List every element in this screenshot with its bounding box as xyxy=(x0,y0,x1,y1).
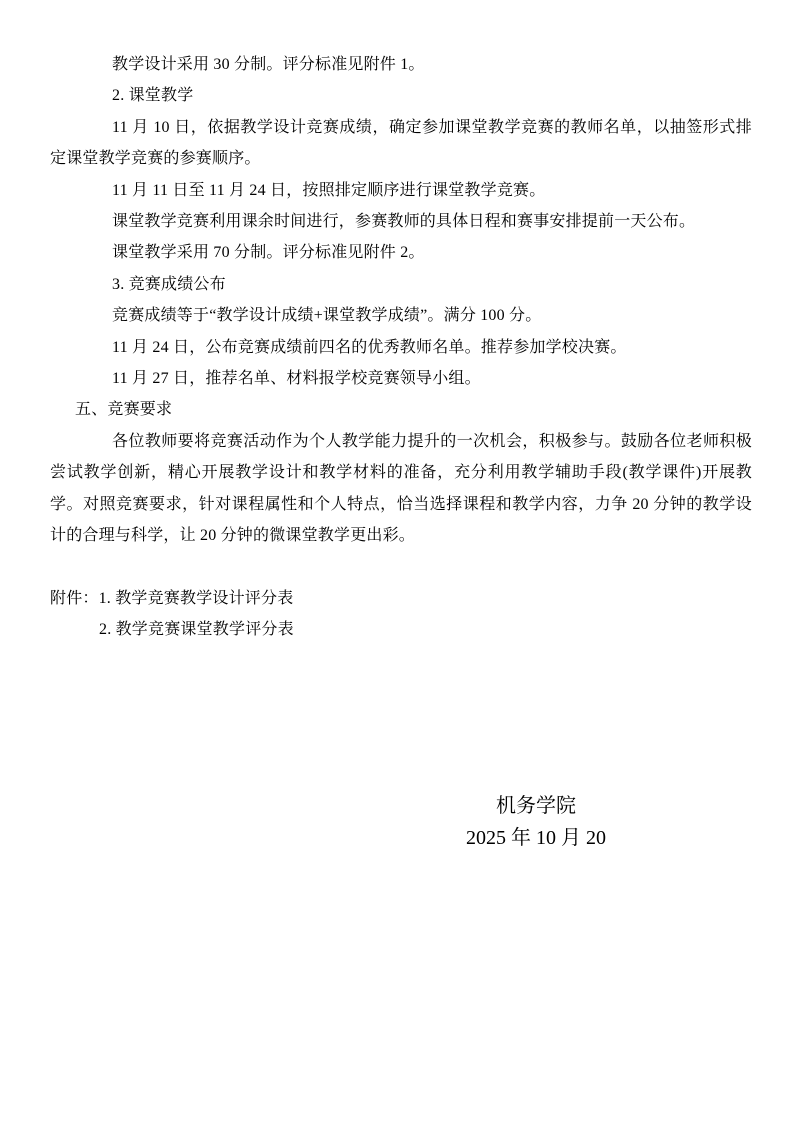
attachment-line-1: 附件：1. 教学竞赛教学设计评分表 xyxy=(50,583,752,614)
paragraph-nov11-to-24: 11 月 11 日至 11 月 24 日，按照排定顺序进行课堂教学竞赛。 xyxy=(50,175,752,206)
paragraph-schedule-notice: 课堂教学竞赛利用课余时间进行，参赛教师的具体日程和赛事安排提前一天公布。 xyxy=(50,206,752,237)
subheading-results-announcement: 3. 竞赛成绩公布 xyxy=(50,269,752,300)
signature-organization: 机务学院 xyxy=(406,791,666,822)
document-body: 教学设计采用 30 分制。评分标准见附件 1。 2. 课堂教学 11 月 10 … xyxy=(50,49,752,552)
heading-competition-requirements: 五、竞赛要求 xyxy=(50,394,752,425)
attachment-line-2: 2. 教学竞赛课堂教学评分表 xyxy=(50,614,752,645)
subheading-classroom-teaching: 2. 课堂教学 xyxy=(50,80,752,111)
paragraph-nov24-announcement: 11 月 24 日，公布竞赛成绩前四名的优秀教师名单。推荐参加学校决赛。 xyxy=(50,332,752,363)
paragraph-classroom-scoring: 课堂教学采用 70 分制。评分标准见附件 2。 xyxy=(50,237,752,268)
paragraph-total-score: 竞赛成绩等于“教学设计成绩+课堂教学成绩”。满分 100 分。 xyxy=(50,300,752,331)
signature-block: 机务学院 2025 年 10 月 20 xyxy=(406,791,666,854)
document-page: 教学设计采用 30 分制。评分标准见附件 1。 2. 课堂教学 11 月 10 … xyxy=(0,0,794,1122)
paragraph-nov10-roster: 11 月 10 日，依据教学设计竞赛成绩，确定参加课堂教学竞赛的教师名单，以抽签… xyxy=(50,112,752,175)
paragraph-nov27-report: 11 月 27 日，推荐名单、材料报学校竞赛领导小组。 xyxy=(50,363,752,394)
signature-date: 2025 年 10 月 20 xyxy=(406,823,666,854)
paragraph-design-scoring: 教学设计采用 30 分制。评分标准见附件 1。 xyxy=(50,49,752,80)
attachments-block: 附件：1. 教学竞赛教学设计评分表 2. 教学竞赛课堂教学评分表 xyxy=(50,583,752,646)
paragraph-requirements-detail: 各位教师要将竞赛活动作为个人教学能力提升的一次机会，积极参与。鼓励各位老师积极尝… xyxy=(50,426,752,552)
